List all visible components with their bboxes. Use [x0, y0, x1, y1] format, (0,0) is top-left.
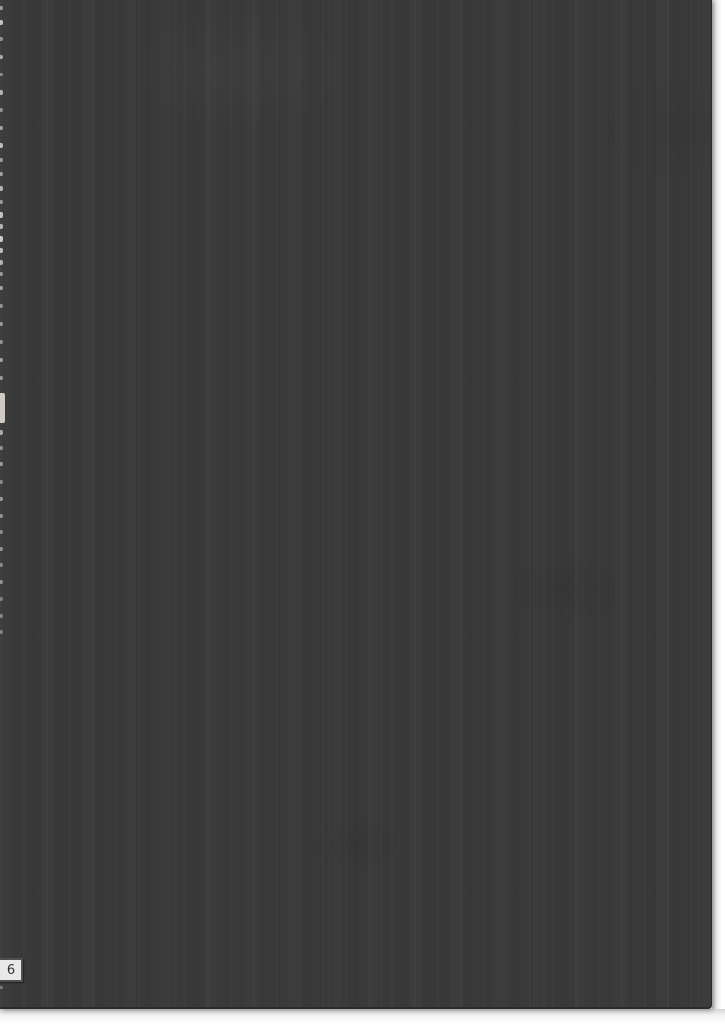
- paper-speckle: [0, 286, 3, 290]
- paper-speckle: [0, 480, 3, 484]
- paper-speckle: [0, 248, 3, 253]
- page-number-sticker: 6: [0, 958, 23, 982]
- scan-margin-right: [712, 0, 725, 1010]
- paper-speckle: [0, 73, 3, 76]
- paper-speckle: [0, 55, 3, 59]
- dark-page-scan: [0, 0, 712, 1009]
- paper-speckle: [0, 580, 3, 584]
- scanned-page-canvas: 6: [0, 0, 725, 1024]
- paper-speckle: [0, 6, 3, 10]
- paper-speckle: [0, 272, 3, 276]
- paper-speckle: [0, 90, 3, 95]
- paper-speckle: [0, 462, 3, 466]
- page-number: 6: [3, 964, 15, 977]
- paper-speckle: [0, 547, 3, 551]
- paper-speckle: [0, 376, 3, 380]
- paper-speckle: [0, 172, 3, 176]
- paper-speckle: [0, 563, 3, 567]
- paper-speckle: [0, 358, 3, 362]
- paper-speckle: [0, 108, 3, 112]
- paper-speckle: [0, 986, 3, 989]
- paper-speckle: [0, 597, 3, 601]
- paper-speckle: [0, 446, 3, 450]
- paper-speckle: [0, 430, 3, 435]
- paper-speckle: [0, 614, 3, 618]
- paper-speckle: [0, 340, 3, 344]
- paper-speckle: [0, 236, 3, 242]
- paper-speckle: [0, 158, 3, 162]
- paper-speckle: [0, 304, 3, 308]
- paper-speckle: [0, 200, 3, 204]
- paper-speckle: [0, 393, 5, 423]
- left-edge-tear-artifacts: [0, 0, 8, 1009]
- paper-speckle: [0, 514, 3, 518]
- paper-speckle: [0, 630, 3, 634]
- paper-speckle: [0, 37, 3, 41]
- paper-speckle: [0, 20, 3, 25]
- paper-speckle: [0, 322, 3, 326]
- paper-speckle: [0, 126, 3, 130]
- paper-speckle: [0, 186, 3, 191]
- paper-speckle: [0, 497, 3, 501]
- scan-margin-bottom: [0, 1009, 725, 1024]
- paper-speckle: [0, 212, 3, 218]
- paper-speckle: [0, 260, 3, 265]
- paper-speckle: [0, 530, 3, 534]
- paper-speckle: [0, 143, 3, 148]
- paper-speckle: [0, 224, 3, 229]
